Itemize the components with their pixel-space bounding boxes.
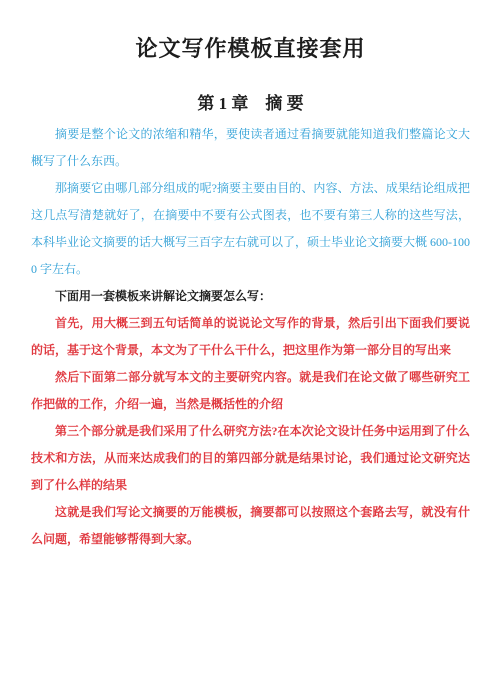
paragraph-abstract-intro: 摘要是整个论文的浓缩和精华，要使读者通过看摘要就能知道我们整篇论文大概写了什么东… <box>31 121 470 175</box>
paragraph-step-method-result: 第三个部分就是我们采用了什么研究方法?在本次论文设计任务中运用到了什么技术和方法… <box>31 418 470 499</box>
document-title: 论文写作模板直接套用 <box>31 36 470 62</box>
chapter-heading: 第 1 章 摘 要 <box>31 94 470 114</box>
paragraph-step-content: 然后下面第二部分就写本文的主要研究内容。就是我们在论文做了哪些研究工作把做的工作… <box>31 364 470 418</box>
paragraph-closing: 这就是我们写论文摘要的万能模板，摘要都可以按照这个套路去写，就没有什么问题，希望… <box>31 499 470 553</box>
paragraph-template-leadin: 下面用一套模板来讲解论文摘要怎么写： <box>31 283 470 310</box>
paragraph-abstract-components: 那摘要它由哪几部分组成的呢?摘要主要由目的、内容、方法、成果结论组成把这几点写清… <box>31 175 470 283</box>
document-body: 摘要是整个论文的浓缩和精华，要使读者通过看摘要就能知道我们整篇论文大概写了什么东… <box>31 121 470 553</box>
paragraph-step-background: 首先，用大概三到五句话简单的说说论文写作的背景，然后引出下面我们要说的话，基于这… <box>31 310 470 364</box>
document-page: 论文写作模板直接套用 第 1 章 摘 要 摘要是整个论文的浓缩和精华，要使读者通… <box>0 0 500 693</box>
